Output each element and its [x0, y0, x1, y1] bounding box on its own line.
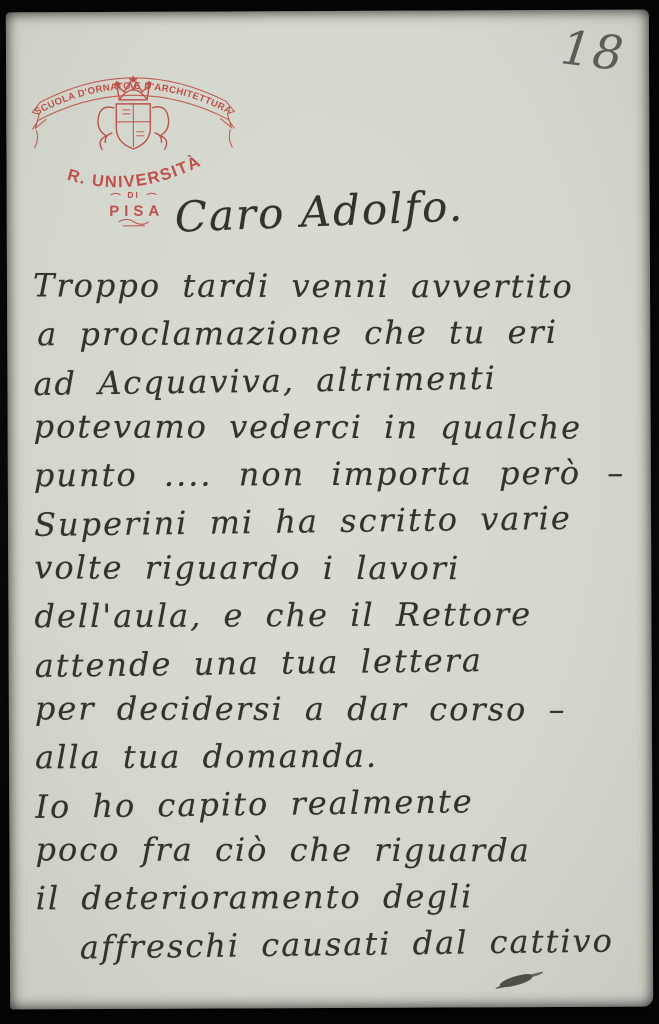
letter-line: Io ho capito realmente	[35, 776, 643, 831]
letter-line: Superini mi ha scritto varie	[34, 494, 642, 549]
letter-line: dell'aula, e che il Rettore	[34, 591, 641, 641]
letter-line: volte riguardo i lavori	[34, 544, 641, 592]
letter-line: Troppo tardi venni avvertito	[33, 262, 640, 310]
letter-line: a proclamazione che tu eri	[37, 309, 640, 359]
letter-page: SCUOLA D'ORNATO E D'ARCHITETTURA R. UNIV…	[6, 10, 653, 1010]
letter-line: punto .... non importa però –	[34, 450, 641, 500]
ink-smudge	[498, 972, 533, 989]
left-mantling	[98, 107, 115, 150]
salutation: Caro Adolfo.	[174, 181, 465, 241]
right-mantling	[152, 107, 169, 150]
letter-line: il deterioramento degli	[36, 873, 643, 923]
page-number: 18	[558, 20, 628, 82]
di-text: DI	[127, 190, 140, 200]
scan-background: SCUOLA D'ORNATO E D'ARCHITETTURA R. UNIV…	[0, 0, 659, 1024]
university-arc-text: R. UNIVERSITÀ	[65, 151, 204, 191]
letter-line: poco fra ciò che riguarda	[35, 826, 642, 874]
pisa-text: PISA	[109, 203, 164, 220]
pisa-flourish	[119, 219, 149, 226]
letter-line: ad Acquaviva, altrimenti	[33, 353, 641, 408]
letter-line: affreschi causati dal cattivo	[80, 917, 644, 971]
letter-line: attende una tua lettera	[34, 635, 642, 690]
letter-line: alla tua domanda.	[35, 732, 642, 782]
letter-line: per decidersi a dar corso –	[35, 685, 642, 733]
letter-body: Troppo tardi venni avvertito a proclamaz…	[33, 262, 643, 970]
letter-line: potevamo vederci in qualche	[34, 403, 641, 451]
